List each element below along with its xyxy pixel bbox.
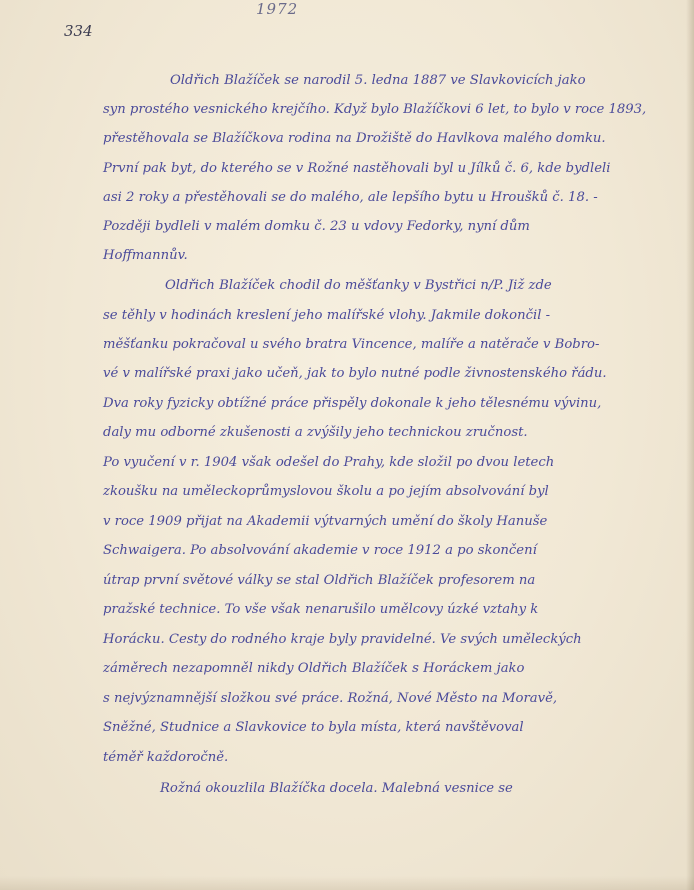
text-line: Po vyučení v r. 1904 však odešel do Prah…	[103, 454, 554, 472]
handwritten-chronicle-page: 1972 334 Oldřich Blažíček se narodil 5. …	[0, 0, 694, 890]
text-line: Později bydleli v malém domku č. 23 u vd…	[103, 218, 530, 236]
text-line: Hoffmannův.	[103, 247, 188, 265]
page-number: 334	[64, 22, 93, 40]
text-line: zkoušku na uměleckoprůmyslovou školu a p…	[103, 483, 549, 501]
text-line: daly mu odborné zkušenosti a zvýšily jeh…	[103, 424, 528, 442]
text-line: Oldřich Blažíček se narodil 5. ledna 188…	[170, 72, 586, 90]
text-line: s nejvýznamnější složkou své práce. Rožn…	[103, 690, 557, 708]
text-line: Rožná okouzlila Blažíčka docela. Malebná…	[160, 780, 513, 798]
text-line: Dva roky fyzicky obtížné práce přispěly …	[103, 395, 601, 413]
text-line: se těhly v hodinách kreslení jeho malířs…	[103, 307, 550, 325]
text-line: měšťanku pokračoval u svého bratra Vince…	[103, 336, 599, 354]
text-line: záměrech nezapomněl nikdy Oldřich Blažíč…	[103, 660, 525, 678]
text-line: přestěhovala se Blažíčkova rodina na Dro…	[103, 130, 606, 148]
text-line: První pak byt, do kterého se v Rožné nas…	[103, 160, 610, 178]
text-line: útrap první světové války se stal Oldřic…	[103, 572, 535, 590]
text-line: syn prostého vesnického krejčího. Když b…	[103, 101, 646, 119]
text-line: pražské technice. To vše však nenarušilo…	[103, 601, 538, 619]
text-line: Horácku. Cesty do rodného kraje byly pra…	[103, 631, 582, 649]
text-line: Sněžné, Studnice a Slavkovice to byla mí…	[103, 719, 524, 737]
text-line: Oldřich Blažíček chodil do měšťanky v By…	[165, 277, 552, 295]
text-line: v roce 1909 přijat na Akademii výtvarnýc…	[103, 513, 547, 531]
text-line: vé v malířské praxi jako učeň, jak to by…	[103, 365, 607, 383]
text-line: téměř každoročně.	[103, 749, 228, 767]
year-heading: 1972	[256, 0, 298, 18]
text-line: Schwaigera. Po absolvování akademie v ro…	[103, 542, 537, 560]
text-line: asi 2 roky a přestěhovali se do malého, …	[103, 189, 598, 207]
